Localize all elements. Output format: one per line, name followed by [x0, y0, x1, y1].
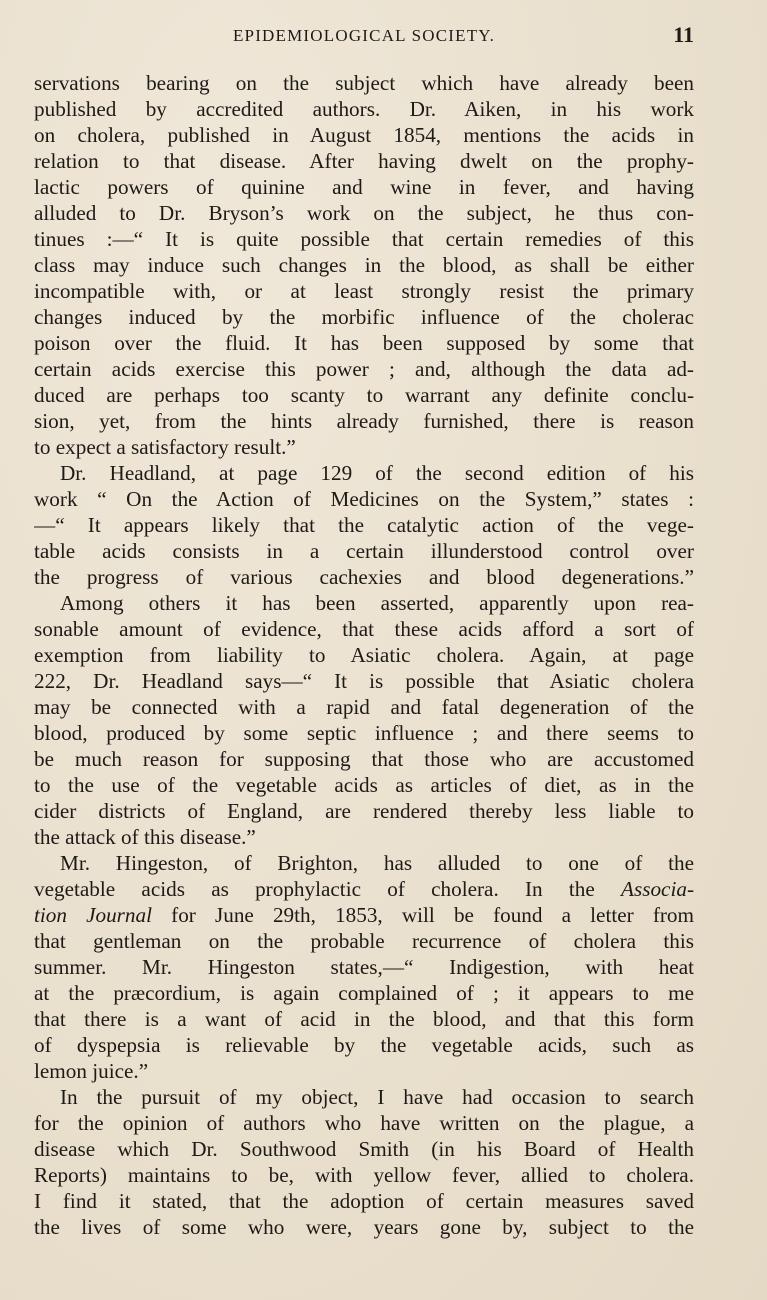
text-line: may be connected with a rapid and fatal … [34, 694, 694, 720]
text-line: the lives of some who were, years gone b… [34, 1214, 694, 1240]
text-run: vegetable acids as prophylactic of chole… [34, 877, 621, 901]
text-line: sion, yet, from the hints already furnis… [34, 408, 694, 434]
text-line: —“ It appears likely that the catalytic … [34, 512, 694, 538]
text-line: be much reason for supposing that those … [34, 746, 694, 772]
text-line: poison over the fluid. It has been suppo… [34, 330, 694, 356]
text-line: 222, Dr. Headland says—“ It is possible … [34, 668, 694, 694]
text-line: certain acids exercise this power ; and,… [34, 356, 694, 382]
book-page: EPIDEMIOLOGICAL SOCIETY. 11 servations b… [0, 0, 767, 1300]
paragraph-start-line: Mr. Hingeston, of Brighton, has alluded … [34, 850, 694, 876]
text-line: class may induce such changes in the blo… [34, 252, 694, 278]
text-line: blood, produced by some septic influence… [34, 720, 694, 746]
text-line: tion Journal for June 29th, 1853, will b… [34, 902, 694, 928]
text-line: that there is a want of acid in the bloo… [34, 1006, 694, 1032]
body-text: servations bearing on the subject which … [34, 70, 694, 1240]
text-line: tinues :—“ It is quite possible that cer… [34, 226, 694, 252]
text-line: I find it stated, that the adoption of c… [34, 1188, 694, 1214]
text-line: changes induced by the morbific influenc… [34, 304, 694, 330]
page-header: EPIDEMIOLOGICAL SOCIETY. 11 [34, 22, 694, 52]
text-run: for June 29th, 1853, will be found a let… [152, 903, 694, 927]
text-line: for the opinion of authors who have writ… [34, 1110, 694, 1136]
paragraph-start-line: Among others it has been asserted, appar… [34, 590, 694, 616]
running-head: EPIDEMIOLOGICAL SOCIETY. [34, 26, 694, 46]
text-line: of dyspepsia is relievable by the vegeta… [34, 1032, 694, 1058]
text-line: published by accredited authors. Dr. Aik… [34, 96, 694, 122]
text-line: on cholera, published in August 1854, me… [34, 122, 694, 148]
text-line: alluded to Dr. Bryson’s work on the subj… [34, 200, 694, 226]
text-line: table acids consists in a certain illund… [34, 538, 694, 564]
text-line: that gentleman on the probable recurrenc… [34, 928, 694, 954]
text-line: sonable amount of evidence, that these a… [34, 616, 694, 642]
text-line: cider districts of England, are rendered… [34, 798, 694, 824]
text-line: the attack of this disease.” [34, 824, 694, 850]
text-line: summer. Mr. Hingeston states,—“ Indigest… [34, 954, 694, 980]
text-line: to expect a satisfactory result.” [34, 434, 694, 460]
text-line: duced are perhaps too scanty to warrant … [34, 382, 694, 408]
text-line: at the præcordium, is again complained o… [34, 980, 694, 1006]
text-line: to the use of the vegetable acids as art… [34, 772, 694, 798]
text-line: lactic powers of quinine and wine in fev… [34, 174, 694, 200]
text-line: servations bearing on the subject which … [34, 70, 694, 96]
text-line: incompatible with, or at least strongly … [34, 278, 694, 304]
paragraph-start-line: Dr. Headland, at page 129 of the second … [34, 460, 694, 486]
text-line: the progress of various cachexies and bl… [34, 564, 694, 590]
text-line: lemon juice.” [34, 1058, 694, 1084]
text-line: disease which Dr. Southwood Smith (in hi… [34, 1136, 694, 1162]
italic-title-run: tion Journal [34, 903, 152, 927]
page-number: 11 [673, 22, 694, 48]
text-line: vegetable acids as prophylactic of chole… [34, 876, 694, 902]
text-line: work “ On the Action of Medicines on the… [34, 486, 694, 512]
paragraph-start-line: In the pursuit of my object, I have had … [34, 1084, 694, 1110]
text-line: exemption from liability to Asiatic chol… [34, 642, 694, 668]
text-line: relation to that disease. After having d… [34, 148, 694, 174]
text-line: Reports) maintains to be, with yellow fe… [34, 1162, 694, 1188]
italic-title-run: Associa- [621, 877, 694, 901]
